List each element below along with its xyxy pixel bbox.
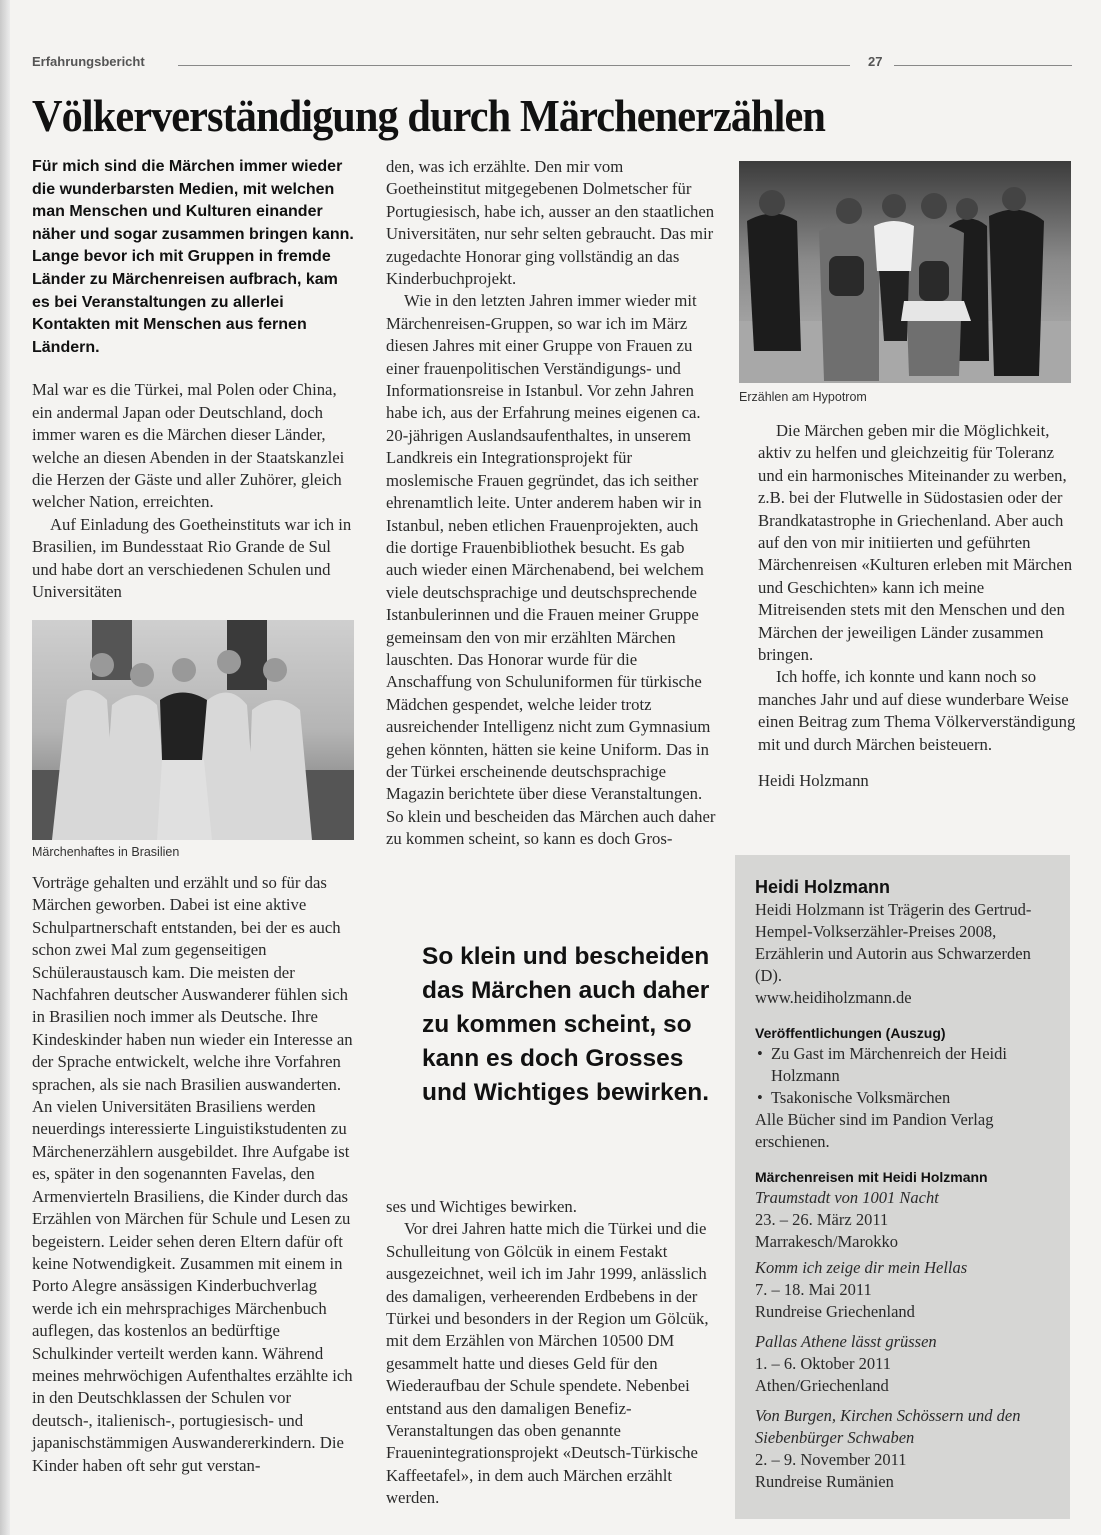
trip-entry: Pallas Athene lässt grüssen 1. – 6. Okto… <box>755 1331 1060 1397</box>
column-2-top: den, was ich erzählte. Den mir vom Goeth… <box>386 156 720 851</box>
paragraph: ses und Wichtiges bewirken. <box>386 1196 720 1218</box>
photo-storytelling-group-image <box>739 161 1071 383</box>
trip-entry: Traumstadt von 1001 Nacht 23. – 26. März… <box>755 1187 1060 1253</box>
trip-location: Marrakesch/Marokko <box>755 1231 1060 1253</box>
page-number: 27 <box>868 54 882 69</box>
trip-entry: Komm ich zeige dir mein Hellas 7. – 18. … <box>755 1257 1060 1323</box>
column-3-body: Die Märchen geben mir die Möglichkeit, a… <box>758 420 1076 793</box>
photo-caption: Erzählen am Hypotrom <box>739 390 867 404</box>
photo-women-in-gowns-image <box>32 620 354 840</box>
author-info-box: Heidi Holzmann Heidi Holzmann ist Träger… <box>735 855 1070 1519</box>
header-rule <box>894 65 1072 66</box>
paragraph: Wie in den letzten Jahren immer wieder m… <box>386 290 720 850</box>
paragraph: Mal war es die Türkei, mal Polen oder Ch… <box>32 379 354 513</box>
pull-quote: So klein und bescheiden das Märchen auch… <box>422 940 722 1110</box>
paragraph: Vor drei Jahren hatte mich die Türkei un… <box>386 1218 720 1509</box>
paragraph: den, was ich erzählte. Den mir vom Goeth… <box>386 156 720 290</box>
publication-item: Zu Gast im Märchenreich der Heidi Holzma… <box>771 1043 1060 1087</box>
trip-dates: 1. – 6. Oktober 2011 <box>755 1353 1060 1375</box>
paragraph: Vorträge gehalten und erzählt und so für… <box>32 872 354 1477</box>
author-signature: Heidi Holzmann <box>758 770 1076 792</box>
trip-dates: 23. – 26. März 2011 <box>755 1209 1060 1231</box>
trip-location: Rundreise Griechenland <box>755 1301 1060 1323</box>
body-text: Mal war es die Türkei, mal Polen oder Ch… <box>32 379 354 603</box>
photo-hypotrom <box>739 161 1071 383</box>
trip-dates: 7. – 18. Mai 2011 <box>755 1279 1060 1301</box>
column-2-bottom: ses und Wichtiges bewirken. Vor drei Jah… <box>386 1196 720 1510</box>
publications-list: Zu Gast im Märchenreich der Heidi Holzma… <box>755 1043 1060 1109</box>
header-rule <box>178 65 850 66</box>
trip-location: Rundreise Rumänien <box>755 1471 1060 1493</box>
paragraph: Auf Einladung des Goetheinstituts war ic… <box>32 514 354 604</box>
running-head: Erfahrungsbericht 27 <box>32 54 1072 70</box>
trip-dates: 2. – 9. November 2011 <box>755 1449 1060 1471</box>
publications-heading: Veröffentlichungen (Auszug) <box>755 1023 1060 1043</box>
section-label: Erfahrungsbericht <box>32 54 145 69</box>
trip-title: Traumstadt von 1001 Nacht <box>755 1187 1060 1209</box>
trip-entry: Von Burgen, Kirchen Schössern und den Si… <box>755 1405 1060 1493</box>
publication-item: Tsakonische Volksmärchen <box>771 1087 1060 1109</box>
info-box-title: Heidi Holzmann <box>755 875 1060 899</box>
paragraph: Ich hoffe, ich konnte und kann noch so m… <box>758 666 1076 756</box>
trip-title: Von Burgen, Kirchen Schössern und den Si… <box>755 1405 1060 1449</box>
author-website-link[interactable]: www.heidiholzmann.de <box>755 987 1060 1009</box>
column-1-bottom: Vorträge gehalten und erzählt und so für… <box>32 872 354 1477</box>
paragraph: Die Märchen geben mir die Möglichkeit, a… <box>758 420 1076 666</box>
photo-caption: Märchenhaftes in Brasilien <box>32 845 179 859</box>
author-bio: Heidi Holzmann ist Trägerin des Gertrud-… <box>755 899 1060 987</box>
article-lead: Für mich sind die Märchen immer wieder d… <box>32 156 354 359</box>
photo-brasilien <box>32 620 354 840</box>
trips-heading: Märchenreisen mit Heidi Holzmann <box>755 1167 1060 1187</box>
page-binding-edge <box>0 0 10 1535</box>
article-headline: Völkerverständigung durch Märchenerzähle… <box>32 88 825 144</box>
column-1-top: Für mich sind die Märchen immer wieder d… <box>32 156 354 603</box>
publisher-note: Alle Bücher sind im Pandion Verlag ersch… <box>755 1109 1060 1153</box>
trip-title: Komm ich zeige dir mein Hellas <box>755 1257 1060 1279</box>
trip-title: Pallas Athene lässt grüssen <box>755 1331 1060 1353</box>
trip-location: Athen/Griechenland <box>755 1375 1060 1397</box>
